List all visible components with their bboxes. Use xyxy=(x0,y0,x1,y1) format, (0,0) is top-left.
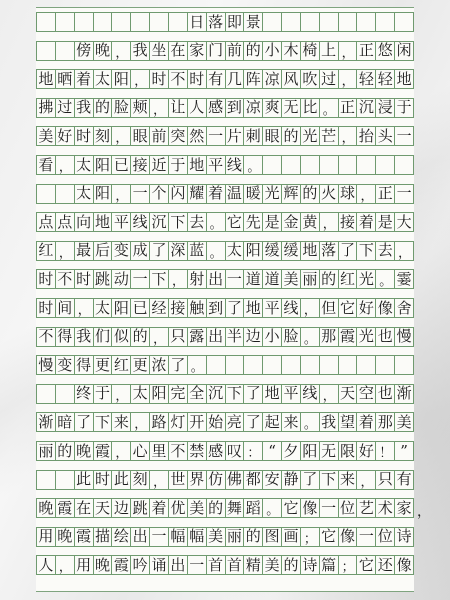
char-cell: 接 xyxy=(339,213,358,231)
char-cell: 但 xyxy=(320,299,339,317)
char-cell: 起 xyxy=(263,413,282,431)
char-cell: 了 xyxy=(169,356,188,374)
char-cell: 浓 xyxy=(150,356,169,374)
char-cell: 深 xyxy=(169,242,188,260)
char-cell: ， xyxy=(56,242,75,260)
char-cell: 更 xyxy=(94,356,113,374)
char-cell: 的 xyxy=(131,328,150,346)
char-cell: 上 xyxy=(320,42,339,60)
char-cell: 时 xyxy=(94,471,113,489)
char-cell: 晚 xyxy=(94,556,113,574)
char-cell: 位 xyxy=(376,528,395,546)
char-cell: 脸 xyxy=(282,328,301,346)
char-cell: 我 xyxy=(75,328,94,346)
char-cell: 小 xyxy=(263,328,282,346)
char-cell: 了 xyxy=(339,242,358,260)
char-cell: 地 xyxy=(395,70,414,88)
char-cell: 霞 xyxy=(94,442,113,460)
char-cell: 地 xyxy=(263,385,282,403)
char-cell: 红 xyxy=(37,242,56,260)
char-cell: 着 xyxy=(357,413,376,431)
char-cell: 过 xyxy=(320,70,339,88)
char-cell: 凉 xyxy=(263,70,282,88)
char-cell: 一 xyxy=(188,556,207,574)
char-cell: 火 xyxy=(320,185,339,203)
char-cell: 有 xyxy=(207,70,226,88)
char-cell: 了 xyxy=(75,413,94,431)
char-cell: 金 xyxy=(282,213,301,231)
text-row: 时间，太阳已经接触到了地平线，但它好像舍 xyxy=(36,298,414,318)
title-cell: 即 xyxy=(226,13,245,31)
char-cell: 渐 xyxy=(395,385,414,403)
char-cell: 悠 xyxy=(376,42,395,60)
char-cell: 叹 xyxy=(226,442,245,460)
char-cell: 傍 xyxy=(75,42,94,60)
char-cell: ， xyxy=(112,42,131,60)
char-cell xyxy=(301,356,320,374)
char-cell: 来 xyxy=(112,413,131,431)
char-cell: 大 xyxy=(395,213,414,231)
char-cell: 灯 xyxy=(169,413,188,431)
char-cell xyxy=(376,356,395,374)
char-cell: 还 xyxy=(376,556,395,574)
title-cell xyxy=(320,13,339,31)
char-cell: 门 xyxy=(207,42,226,60)
char-cell: 位 xyxy=(339,499,358,517)
text-row: 拂过我的脸颊，让人感到凉爽无比。正沉浸于 xyxy=(36,98,414,118)
char-cell: 似 xyxy=(112,328,131,346)
char-cell: 出 xyxy=(207,328,226,346)
char-cell: 那 xyxy=(376,413,395,431)
char-cell: 地 xyxy=(37,70,56,88)
char-cell: 感 xyxy=(207,442,226,460)
char-cell xyxy=(37,471,56,489)
char-cell: 的 xyxy=(244,528,263,546)
char-cell: 刻 xyxy=(131,471,150,489)
char-cell: 的 xyxy=(282,127,301,145)
char-cell: 用 xyxy=(75,556,94,574)
char-cell: 先 xyxy=(244,213,263,231)
char-cell: 用 xyxy=(37,528,56,546)
char-cell xyxy=(320,156,339,174)
char-cell: 去 xyxy=(188,213,207,231)
char-cell: 时 xyxy=(150,70,169,88)
char-cell: 的 xyxy=(301,185,320,203)
char-cell: 渐 xyxy=(37,413,56,431)
grid-paper-sheet: 日落即景傍晚，我坐在家门前的小木椅上，正悠闲地晒着太阳，时不时有几阵凉风吹过，轻… xyxy=(36,7,414,592)
title-cell: 日 xyxy=(188,13,207,31)
char-cell: 全 xyxy=(188,385,207,403)
char-cell: 闲 xyxy=(395,42,414,60)
char-cell: ， xyxy=(339,127,358,145)
char-cell: 蹈 xyxy=(244,499,263,517)
char-cell xyxy=(244,356,263,374)
char-cell: 不 xyxy=(169,442,188,460)
char-cell: 触 xyxy=(188,299,207,317)
char-cell: 它 xyxy=(226,213,245,231)
char-cell: 正 xyxy=(339,99,358,117)
char-cell: 霎 xyxy=(395,270,414,288)
char-cell: 。 xyxy=(207,242,226,260)
char-cell: 光 xyxy=(263,185,282,203)
char-cell: 像 xyxy=(339,528,358,546)
char-cell: ， xyxy=(131,70,150,88)
char-cell: 暖 xyxy=(244,185,263,203)
char-cell: 亮 xyxy=(226,413,245,431)
char-cell: 望 xyxy=(339,413,358,431)
char-cell: 艺 xyxy=(357,499,376,517)
char-cell: 禁 xyxy=(188,442,207,460)
char-cell: 刺 xyxy=(244,127,263,145)
char-cell: 不 xyxy=(56,270,75,288)
char-cell: 完 xyxy=(169,385,188,403)
char-cell: ， xyxy=(56,156,75,174)
char-cell: 的 xyxy=(94,99,113,117)
char-cell: 光 xyxy=(357,270,376,288)
char-cell: 下 xyxy=(150,270,169,288)
char-cell: 幅 xyxy=(188,528,207,546)
title-cell xyxy=(339,13,358,31)
char-cell: 看 xyxy=(37,156,56,174)
char-cell: 丽 xyxy=(301,270,320,288)
char-cell: 前 xyxy=(226,42,245,60)
char-cell xyxy=(263,156,282,174)
char-cell: 都 xyxy=(244,471,263,489)
char-cell: 感 xyxy=(207,99,226,117)
char-cell: 霞 xyxy=(339,328,358,346)
char-cell: 于 xyxy=(169,156,188,174)
title-cell xyxy=(56,13,75,31)
char-cell: 眼 xyxy=(131,127,150,145)
char-cell: 像 xyxy=(376,299,395,317)
char-cell: 前 xyxy=(150,127,169,145)
char-cell: 一 xyxy=(320,499,339,517)
char-cell: 术 xyxy=(376,499,395,517)
char-cell: 辉 xyxy=(282,185,301,203)
char-cell: 太 xyxy=(131,385,150,403)
char-cell xyxy=(339,356,358,374)
char-cell: 夕 xyxy=(282,442,301,460)
char-cell xyxy=(56,385,75,403)
char-cell: 了 xyxy=(244,413,263,431)
char-cell: 一 xyxy=(150,528,169,546)
char-cell: 经 xyxy=(150,299,169,317)
char-cell: ； xyxy=(301,528,320,546)
char-cell: 太 xyxy=(75,156,94,174)
char-cell xyxy=(37,185,56,203)
char-cell: 美 xyxy=(263,556,282,574)
char-cell: 黄 xyxy=(301,213,320,231)
char-cell: ， xyxy=(357,185,376,203)
char-cell: 晚 xyxy=(94,42,113,60)
char-cell: 仿 xyxy=(207,471,226,489)
char-cell: 拂 xyxy=(37,99,56,117)
char-cell: 好 xyxy=(357,299,376,317)
char-cell xyxy=(395,156,414,174)
char-cell: ， xyxy=(339,70,358,88)
char-cell xyxy=(357,356,376,374)
char-cell: ， xyxy=(320,385,339,403)
char-cell: 一 xyxy=(131,185,150,203)
char-cell: 蓝 xyxy=(188,242,207,260)
char-cell: 光 xyxy=(357,328,376,346)
char-cell: ， xyxy=(112,127,131,145)
char-cell: 里 xyxy=(150,442,169,460)
char-cell: 椅 xyxy=(301,42,320,60)
char-cell: 我 xyxy=(131,42,150,60)
char-cell: 已 xyxy=(131,299,150,317)
char-cell: 时 xyxy=(37,299,56,317)
char-cell: 美 xyxy=(188,499,207,517)
char-cell: 出 xyxy=(169,556,188,574)
char-cell: 太 xyxy=(94,299,113,317)
title-cell xyxy=(395,13,414,31)
char-cell: 坐 xyxy=(150,42,169,60)
char-cell: 一 xyxy=(395,127,414,145)
title-cell xyxy=(131,13,150,31)
char-cell: 吹 xyxy=(301,70,320,88)
char-cell: 我 xyxy=(320,413,339,431)
char-cell xyxy=(56,42,75,60)
char-cell: 点 xyxy=(37,213,56,231)
char-cell: 霞 xyxy=(56,499,75,517)
char-cell: 个 xyxy=(150,185,169,203)
char-cell: 地 xyxy=(94,213,113,231)
char-cell: 出 xyxy=(207,270,226,288)
char-cell: 阵 xyxy=(244,70,263,88)
char-cell: 轻 xyxy=(357,70,376,88)
char-cell: 佛 xyxy=(226,471,245,489)
char-cell: 过 xyxy=(56,99,75,117)
char-cell: 跳 xyxy=(131,499,150,517)
char-cell: 的 xyxy=(56,442,75,460)
char-cell: 是 xyxy=(263,213,282,231)
char-cell: 丽 xyxy=(226,528,245,546)
title-row: 日落即景 xyxy=(36,12,414,32)
char-cell: 丽 xyxy=(37,442,56,460)
char-cell: 首 xyxy=(226,556,245,574)
char-cell: 线 xyxy=(282,299,301,317)
text-row: 时不时跳动一下，射出一道道美丽的红光。霎 xyxy=(36,269,414,289)
char-cell: 好 xyxy=(357,442,376,460)
char-cell: 着 xyxy=(207,185,226,203)
char-cell: 球 xyxy=(339,185,358,203)
char-cell: 是 xyxy=(376,213,395,231)
char-cell: 最 xyxy=(75,242,94,260)
char-cell xyxy=(207,356,226,374)
char-cell: 。 xyxy=(301,328,320,346)
char-cell: 此 xyxy=(75,471,94,489)
overflow-punctuation: ， xyxy=(417,501,431,521)
char-cell: ， xyxy=(357,471,376,489)
char-cell: 霞 xyxy=(75,528,94,546)
char-cell: 只 xyxy=(376,471,395,489)
char-cell: 一 xyxy=(131,270,150,288)
char-cell: 沉 xyxy=(207,385,226,403)
text-row: 太阳，一个闪耀着温暖光辉的火球，正一 xyxy=(36,184,414,204)
char-cell: ； xyxy=(339,556,358,574)
char-cell: ， xyxy=(150,471,169,489)
char-cell: 着 xyxy=(150,499,169,517)
char-cell: 。 xyxy=(320,99,339,117)
char-cell: 慢 xyxy=(37,356,56,374)
char-cell: 红 xyxy=(339,270,358,288)
text-row: 丽的晚霞，心里不禁感叹：“夕阳无限好！” xyxy=(36,441,414,461)
char-cell xyxy=(37,42,56,60)
char-cell xyxy=(56,185,75,203)
char-cell: ， xyxy=(150,328,169,346)
char-cell: 了 xyxy=(226,299,245,317)
char-cell: 的 xyxy=(320,270,339,288)
char-cell: 描 xyxy=(94,528,113,546)
char-cell: 天 xyxy=(339,385,358,403)
char-cell: 美 xyxy=(395,413,414,431)
char-cell: 时 xyxy=(75,270,94,288)
char-cell: 凉 xyxy=(244,99,263,117)
char-cell: 一 xyxy=(207,127,226,145)
char-cell: 下 xyxy=(226,385,245,403)
char-cell: 阳 xyxy=(112,299,131,317)
char-cell: 它 xyxy=(282,499,301,517)
char-cell: 人 xyxy=(37,556,56,574)
char-cell: 精 xyxy=(244,556,263,574)
char-cell: 轻 xyxy=(376,70,395,88)
char-cell: ， xyxy=(150,99,169,117)
char-cell: 我 xyxy=(75,99,94,117)
title-cell xyxy=(112,13,131,31)
char-cell: 家 xyxy=(395,499,414,517)
char-cell: 阳 xyxy=(112,70,131,88)
text-row: 傍晚，我坐在家门前的小木椅上，正悠闲 xyxy=(36,41,414,61)
char-cell: 接 xyxy=(131,156,150,174)
char-cell: 诵 xyxy=(150,556,169,574)
char-cell: 。 xyxy=(244,156,263,174)
char-cell: ， xyxy=(56,556,75,574)
text-row: 此时此刻，世界仿佛都安静了下来，只有 xyxy=(36,470,414,490)
char-cell: 安 xyxy=(263,471,282,489)
char-cell: 爽 xyxy=(263,99,282,117)
char-cell: 正 xyxy=(376,185,395,203)
char-cell xyxy=(282,356,301,374)
char-cell: 芒 xyxy=(320,127,339,145)
char-cell: 变 xyxy=(56,356,75,374)
char-cell: 刻 xyxy=(94,127,113,145)
char-cell: 小 xyxy=(263,42,282,60)
char-cell: 晚 xyxy=(56,528,75,546)
char-cell: ， xyxy=(301,299,320,317)
char-cell: 画 xyxy=(282,528,301,546)
char-cell: 线 xyxy=(301,385,320,403)
char-cell: ， xyxy=(75,299,94,317)
char-cell: 诗 xyxy=(395,528,414,546)
char-cell: 在 xyxy=(75,499,94,517)
char-cell: 阳 xyxy=(301,442,320,460)
char-cell: 边 xyxy=(244,328,263,346)
char-cell xyxy=(395,356,414,374)
char-cell: 正 xyxy=(357,42,376,60)
char-cell: 木 xyxy=(282,42,301,60)
text-row: 地晒着太阳，时不时有几阵凉风吹过，轻轻地 xyxy=(36,69,414,89)
char-cell xyxy=(226,356,245,374)
char-cell: 。 xyxy=(376,270,395,288)
char-cell: 出 xyxy=(131,528,150,546)
char-cell: 地 xyxy=(188,156,207,174)
char-cell: 地 xyxy=(244,299,263,317)
char-cell: 颊 xyxy=(131,99,150,117)
char-cell: ， xyxy=(112,185,131,203)
char-cell: 突 xyxy=(169,127,188,145)
title-cell xyxy=(94,13,113,31)
char-cell: 平 xyxy=(263,299,282,317)
char-cell: 只 xyxy=(169,328,188,346)
char-cell: 沉 xyxy=(150,213,169,231)
char-cell: 更 xyxy=(131,356,150,374)
char-cell: 心 xyxy=(131,442,150,460)
char-cell: ， xyxy=(169,270,188,288)
char-cell: 开 xyxy=(188,413,207,431)
char-cell: 平 xyxy=(282,385,301,403)
char-cell: 了 xyxy=(244,385,263,403)
char-cell: 于 xyxy=(94,385,113,403)
title-cell xyxy=(357,13,376,31)
char-cell: 风 xyxy=(282,70,301,88)
title-cell: 落 xyxy=(207,13,226,31)
char-cell: 变 xyxy=(112,242,131,260)
char-cell xyxy=(56,471,75,489)
char-cell: 于 xyxy=(395,99,414,117)
char-cell: 脸 xyxy=(112,99,131,117)
char-cell: 那 xyxy=(320,328,339,346)
char-cell: 舍 xyxy=(395,299,414,317)
char-cell: 比 xyxy=(301,99,320,117)
char-cell: 了 xyxy=(150,242,169,260)
char-cell: 跳 xyxy=(94,270,113,288)
title-cell xyxy=(301,13,320,31)
char-cell: ： xyxy=(244,442,263,460)
char-cell: 诗 xyxy=(301,556,320,574)
text-row: 红，最后变成了深蓝。太阳缓缓地落了下去， xyxy=(36,241,414,261)
char-cell: 向 xyxy=(75,213,94,231)
char-cell: 了 xyxy=(301,471,320,489)
char-cell: 幅 xyxy=(169,528,188,546)
char-cell: 界 xyxy=(188,471,207,489)
char-cell: 下 xyxy=(357,242,376,260)
char-cell: 眼 xyxy=(263,127,282,145)
char-cell: 它 xyxy=(339,299,358,317)
char-cell xyxy=(263,356,282,374)
char-cell: 接 xyxy=(169,299,188,317)
char-cell: 平 xyxy=(112,213,131,231)
text-row: 慢变得更红更浓了。 xyxy=(36,355,414,375)
char-cell: 浸 xyxy=(376,99,395,117)
char-cell: 着 xyxy=(75,70,94,88)
char-cell: 空 xyxy=(357,385,376,403)
char-cell: 来 xyxy=(282,413,301,431)
char-cell: ！ xyxy=(376,442,395,460)
char-cell: 也 xyxy=(376,385,395,403)
char-cell: 时 xyxy=(188,70,207,88)
char-cell: 。 xyxy=(301,413,320,431)
char-cell: 的 xyxy=(282,556,301,574)
char-cell: 然 xyxy=(188,127,207,145)
char-cell: 。 xyxy=(263,499,282,517)
text-row: 用晚霞描绘出一幅幅美丽的图画；它像一位诗 xyxy=(36,527,414,547)
char-cell: 晚 xyxy=(37,499,56,517)
char-cell: 家 xyxy=(188,42,207,60)
char-cell: 也 xyxy=(376,328,395,346)
char-cell: 无 xyxy=(320,442,339,460)
char-cell xyxy=(37,385,56,403)
